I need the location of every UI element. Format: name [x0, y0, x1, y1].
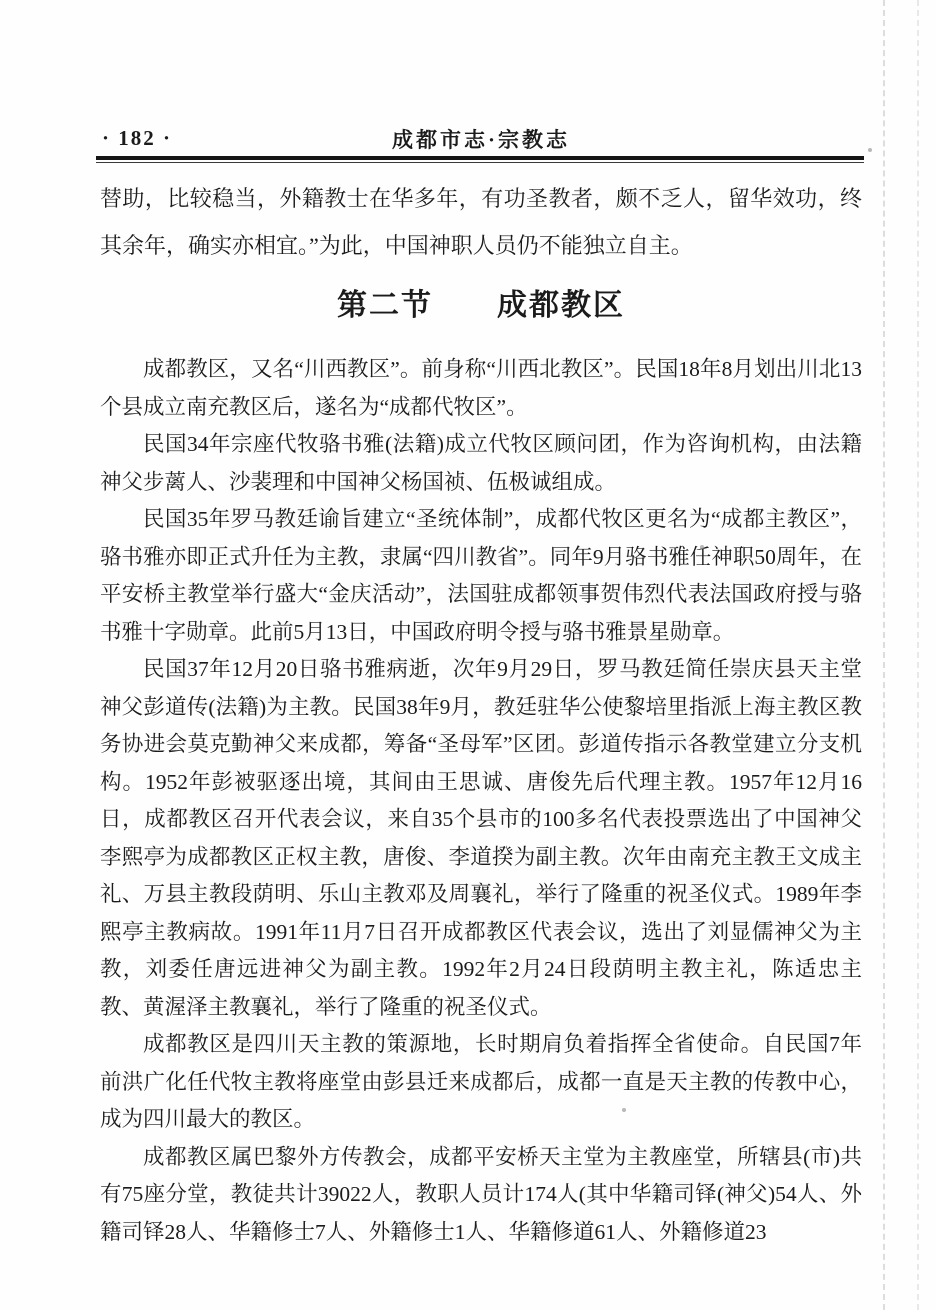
scanned-book-page: · 182 · 成都市志·宗教志 替助，比较稳当，外籍教士在华多年，有功圣教者，…: [0, 0, 936, 1310]
body-paragraph: 成都教区是四川天主教的策源地，长时期肩负着指挥全省使命。自民国7年前洪广化任代牧…: [100, 1026, 862, 1139]
body-paragraph: 成都教区属巴黎外方传教会，成都平安桥天主堂为主教座堂，所辖县(市)共有75座分堂…: [100, 1139, 862, 1252]
continuation-paragraph: 替助，比较稳当，外籍教士在华多年，有功圣教者，颇不乏人，留华效功，终其余年，确实…: [100, 175, 862, 269]
page-header: · 182 · 成都市志·宗教志: [100, 124, 862, 154]
header-rule: [96, 156, 864, 163]
scan-speck: [700, 545, 704, 549]
section-title: 第二节 成都教区: [100, 280, 862, 324]
body-paragraph: 成都教区，又名“川西教区”。前身称“川西北教区”。民国18年8月划出川北13个县…: [100, 351, 862, 426]
body-paragraph: 民国34年宗座代牧骆书雅(法籍)成立代牧区顾问团，作为咨询机构，由法籍神父步蓠人…: [100, 426, 862, 501]
body-text: 成都教区，又名“川西教区”。前身称“川西北教区”。民国18年8月划出川北13个县…: [100, 351, 862, 1251]
scan-speck: [622, 1108, 626, 1112]
scan-speck: [868, 148, 872, 152]
body-paragraph: 民国35年罗马教廷谕旨建立“圣统体制”，成都代牧区更名为“成都主教区”，骆书雅亦…: [100, 501, 862, 651]
book-title: 成都市志·宗教志: [100, 124, 862, 154]
scan-edge-artifact: [917, 0, 919, 1310]
scan-edge-artifact: [883, 0, 885, 1310]
body-paragraph: 民国37年12月20日骆书雅病逝，次年9月29日，罗马教廷简任崇庆县天主堂神父彭…: [100, 651, 862, 1026]
